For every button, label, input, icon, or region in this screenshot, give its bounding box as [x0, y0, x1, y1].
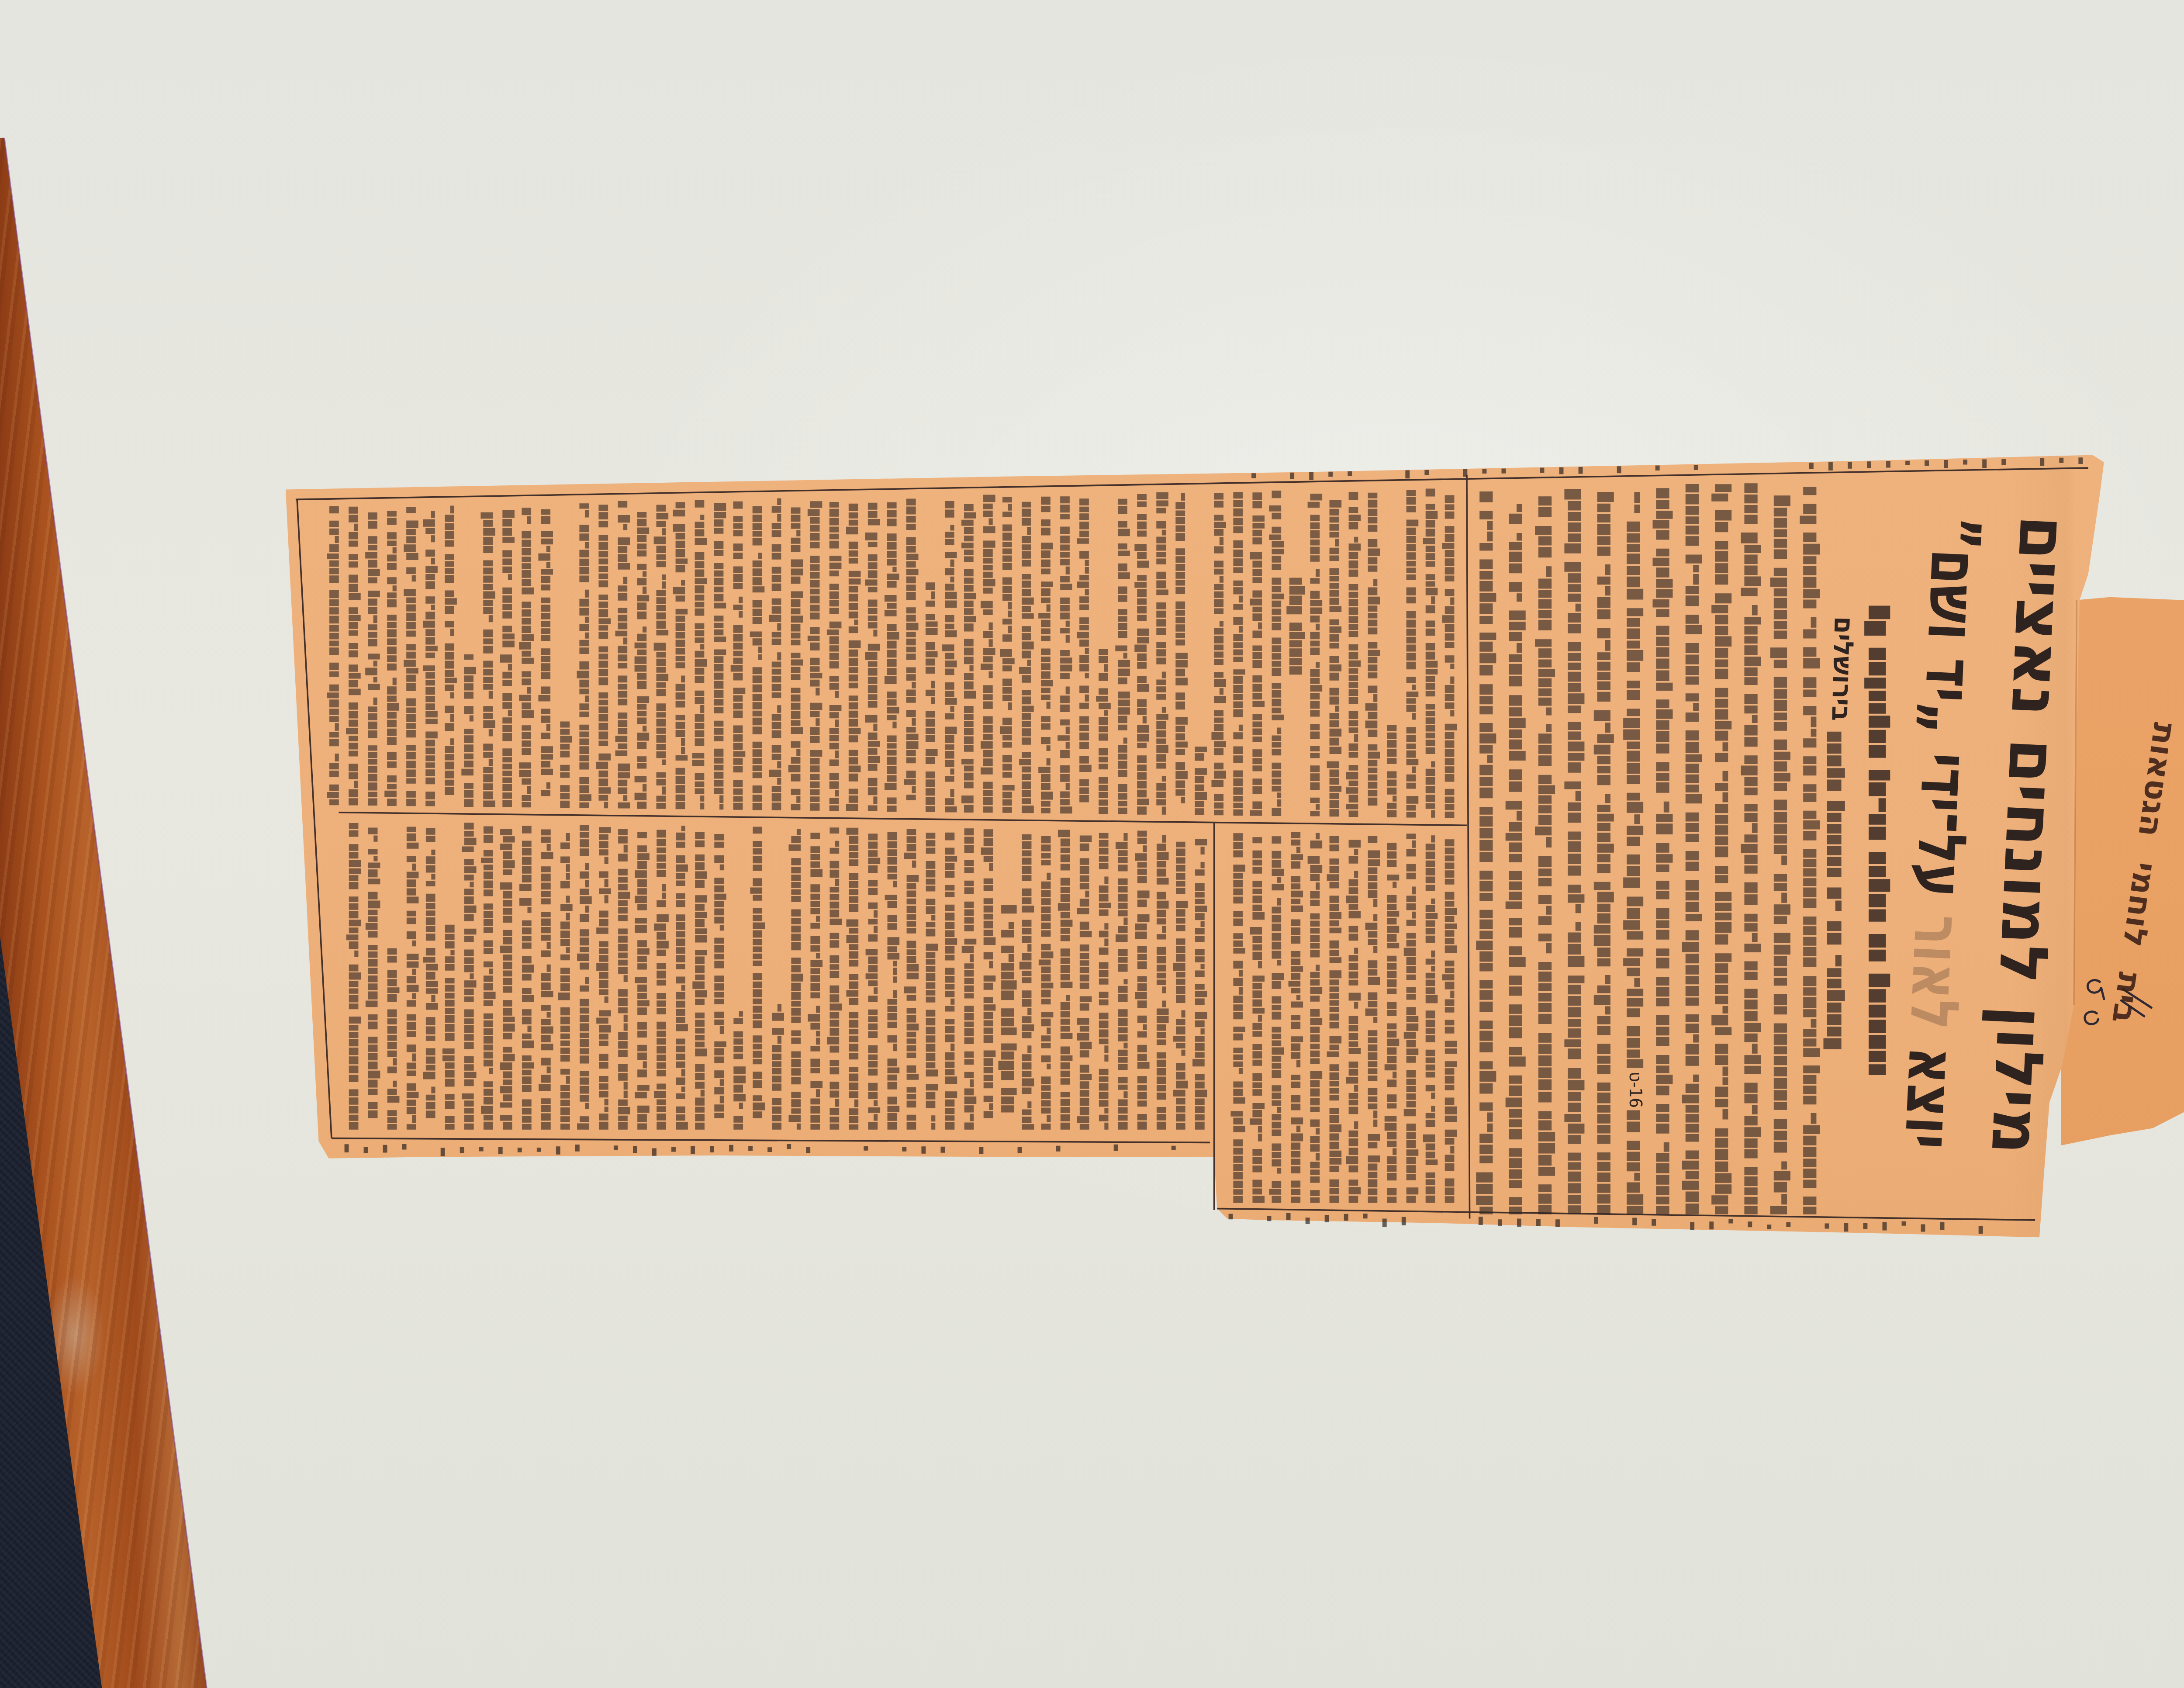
text-fragment-date-text: 16-ט	[1624, 1070, 1645, 1107]
dateline-text: בירושלים	[1824, 616, 1859, 721]
headline-line-2-part-1: יוצא	[1889, 1045, 1971, 1150]
photo-scene: מילון למונחים נאציים יוצא לאור על־ידי „י…	[0, 0, 2184, 1688]
dateline: בירושלים	[1824, 616, 1859, 721]
text-fragment-date: 16-ט	[1624, 1071, 1645, 1107]
headline-line-2-part-2: לאור	[1894, 913, 1977, 1031]
